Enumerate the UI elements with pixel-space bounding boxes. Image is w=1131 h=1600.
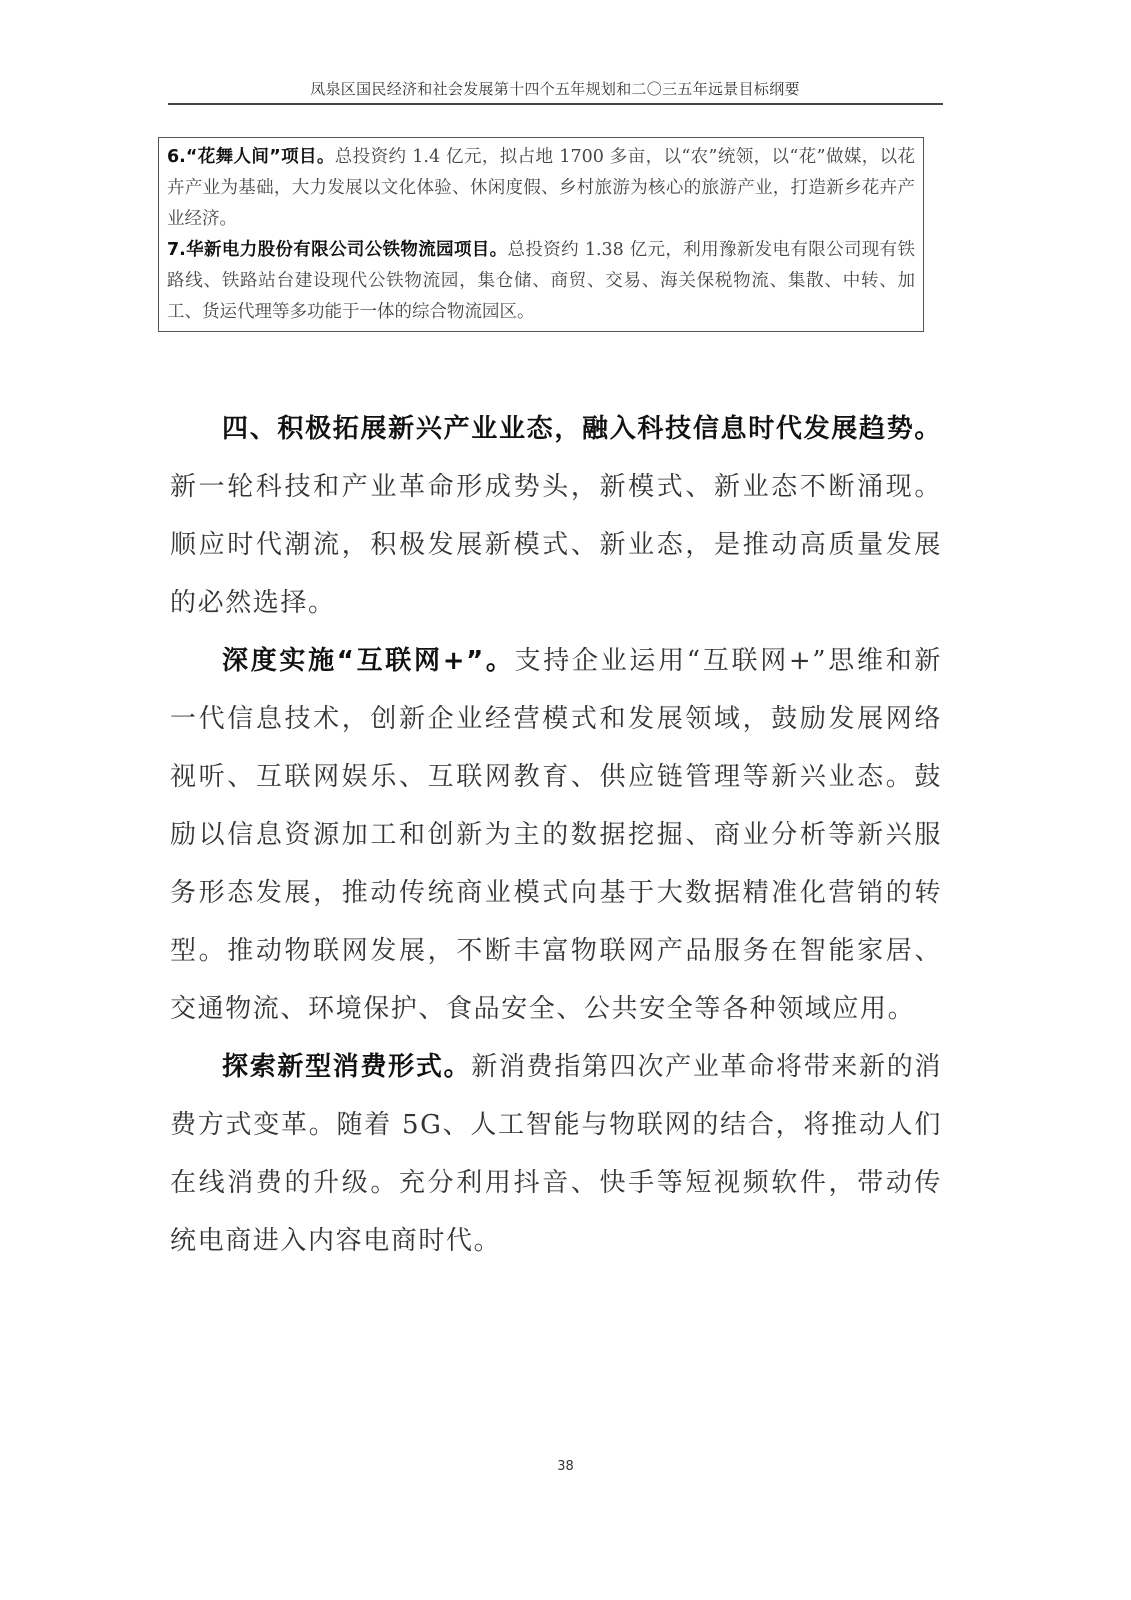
paragraph-text: 新一轮科技和产业革命形成势头，新模式、新业态不断涌现。顺应时代潮流，积极发展新模… — [170, 472, 942, 618]
project-item-heading: 6.“花舞人间”项目。 — [167, 147, 335, 167]
body-text: 四、积极拓展新兴产业业态，融入科技信息时代发展趋势。新一轮科技和产业革命形成势头… — [170, 400, 942, 1270]
section-heading: 深度实施“互联网+”。 — [222, 646, 515, 676]
section-paragraph: 深度实施“互联网+”。支持企业运用“互联网+”思维和新一代信息技术，创新企业经营… — [170, 632, 942, 1038]
project-item-heading: 7.华新电力股份有限公司公铁物流园项目。 — [167, 240, 508, 260]
header-divider — [168, 103, 943, 105]
section-heading: 四、积极拓展新兴产业业态，融入科技信息时代发展趋势。 — [222, 414, 942, 444]
section-heading: 探索新型消费形式。 — [222, 1052, 471, 1082]
document-running-header: 凤泉区国民经济和社会发展第十四个五年规划和二〇三五年远景目标纲要 — [168, 78, 942, 99]
section-paragraph: 探索新型消费形式。新消费指第四次产业革命将带来新的消费方式变革。随着 5G、人工… — [170, 1038, 942, 1270]
project-list-box: 6.“花舞人间”项目。总投资约 1.4 亿元，拟占地 1700 多亩，以“农”统… — [158, 137, 924, 332]
paragraph-text: 新消费指第四次产业革命将带来新的消费方式变革。随着 5G、人工智能与物联网的结合… — [170, 1052, 942, 1256]
project-item-7: 7.华新电力股份有限公司公铁物流园项目。总投资约 1.38 亿元，利用豫新发电有… — [167, 235, 915, 328]
section-paragraph: 四、积极拓展新兴产业业态，融入科技信息时代发展趋势。新一轮科技和产业革命形成势头… — [170, 400, 942, 632]
page-number: 38 — [0, 1459, 1131, 1474]
project-item-6: 6.“花舞人间”项目。总投资约 1.4 亿元，拟占地 1700 多亩，以“农”统… — [167, 142, 915, 235]
paragraph-text: 支持企业运用“互联网+”思维和新一代信息技术，创新企业经营模式和发展领域，鼓励发… — [170, 646, 942, 1024]
